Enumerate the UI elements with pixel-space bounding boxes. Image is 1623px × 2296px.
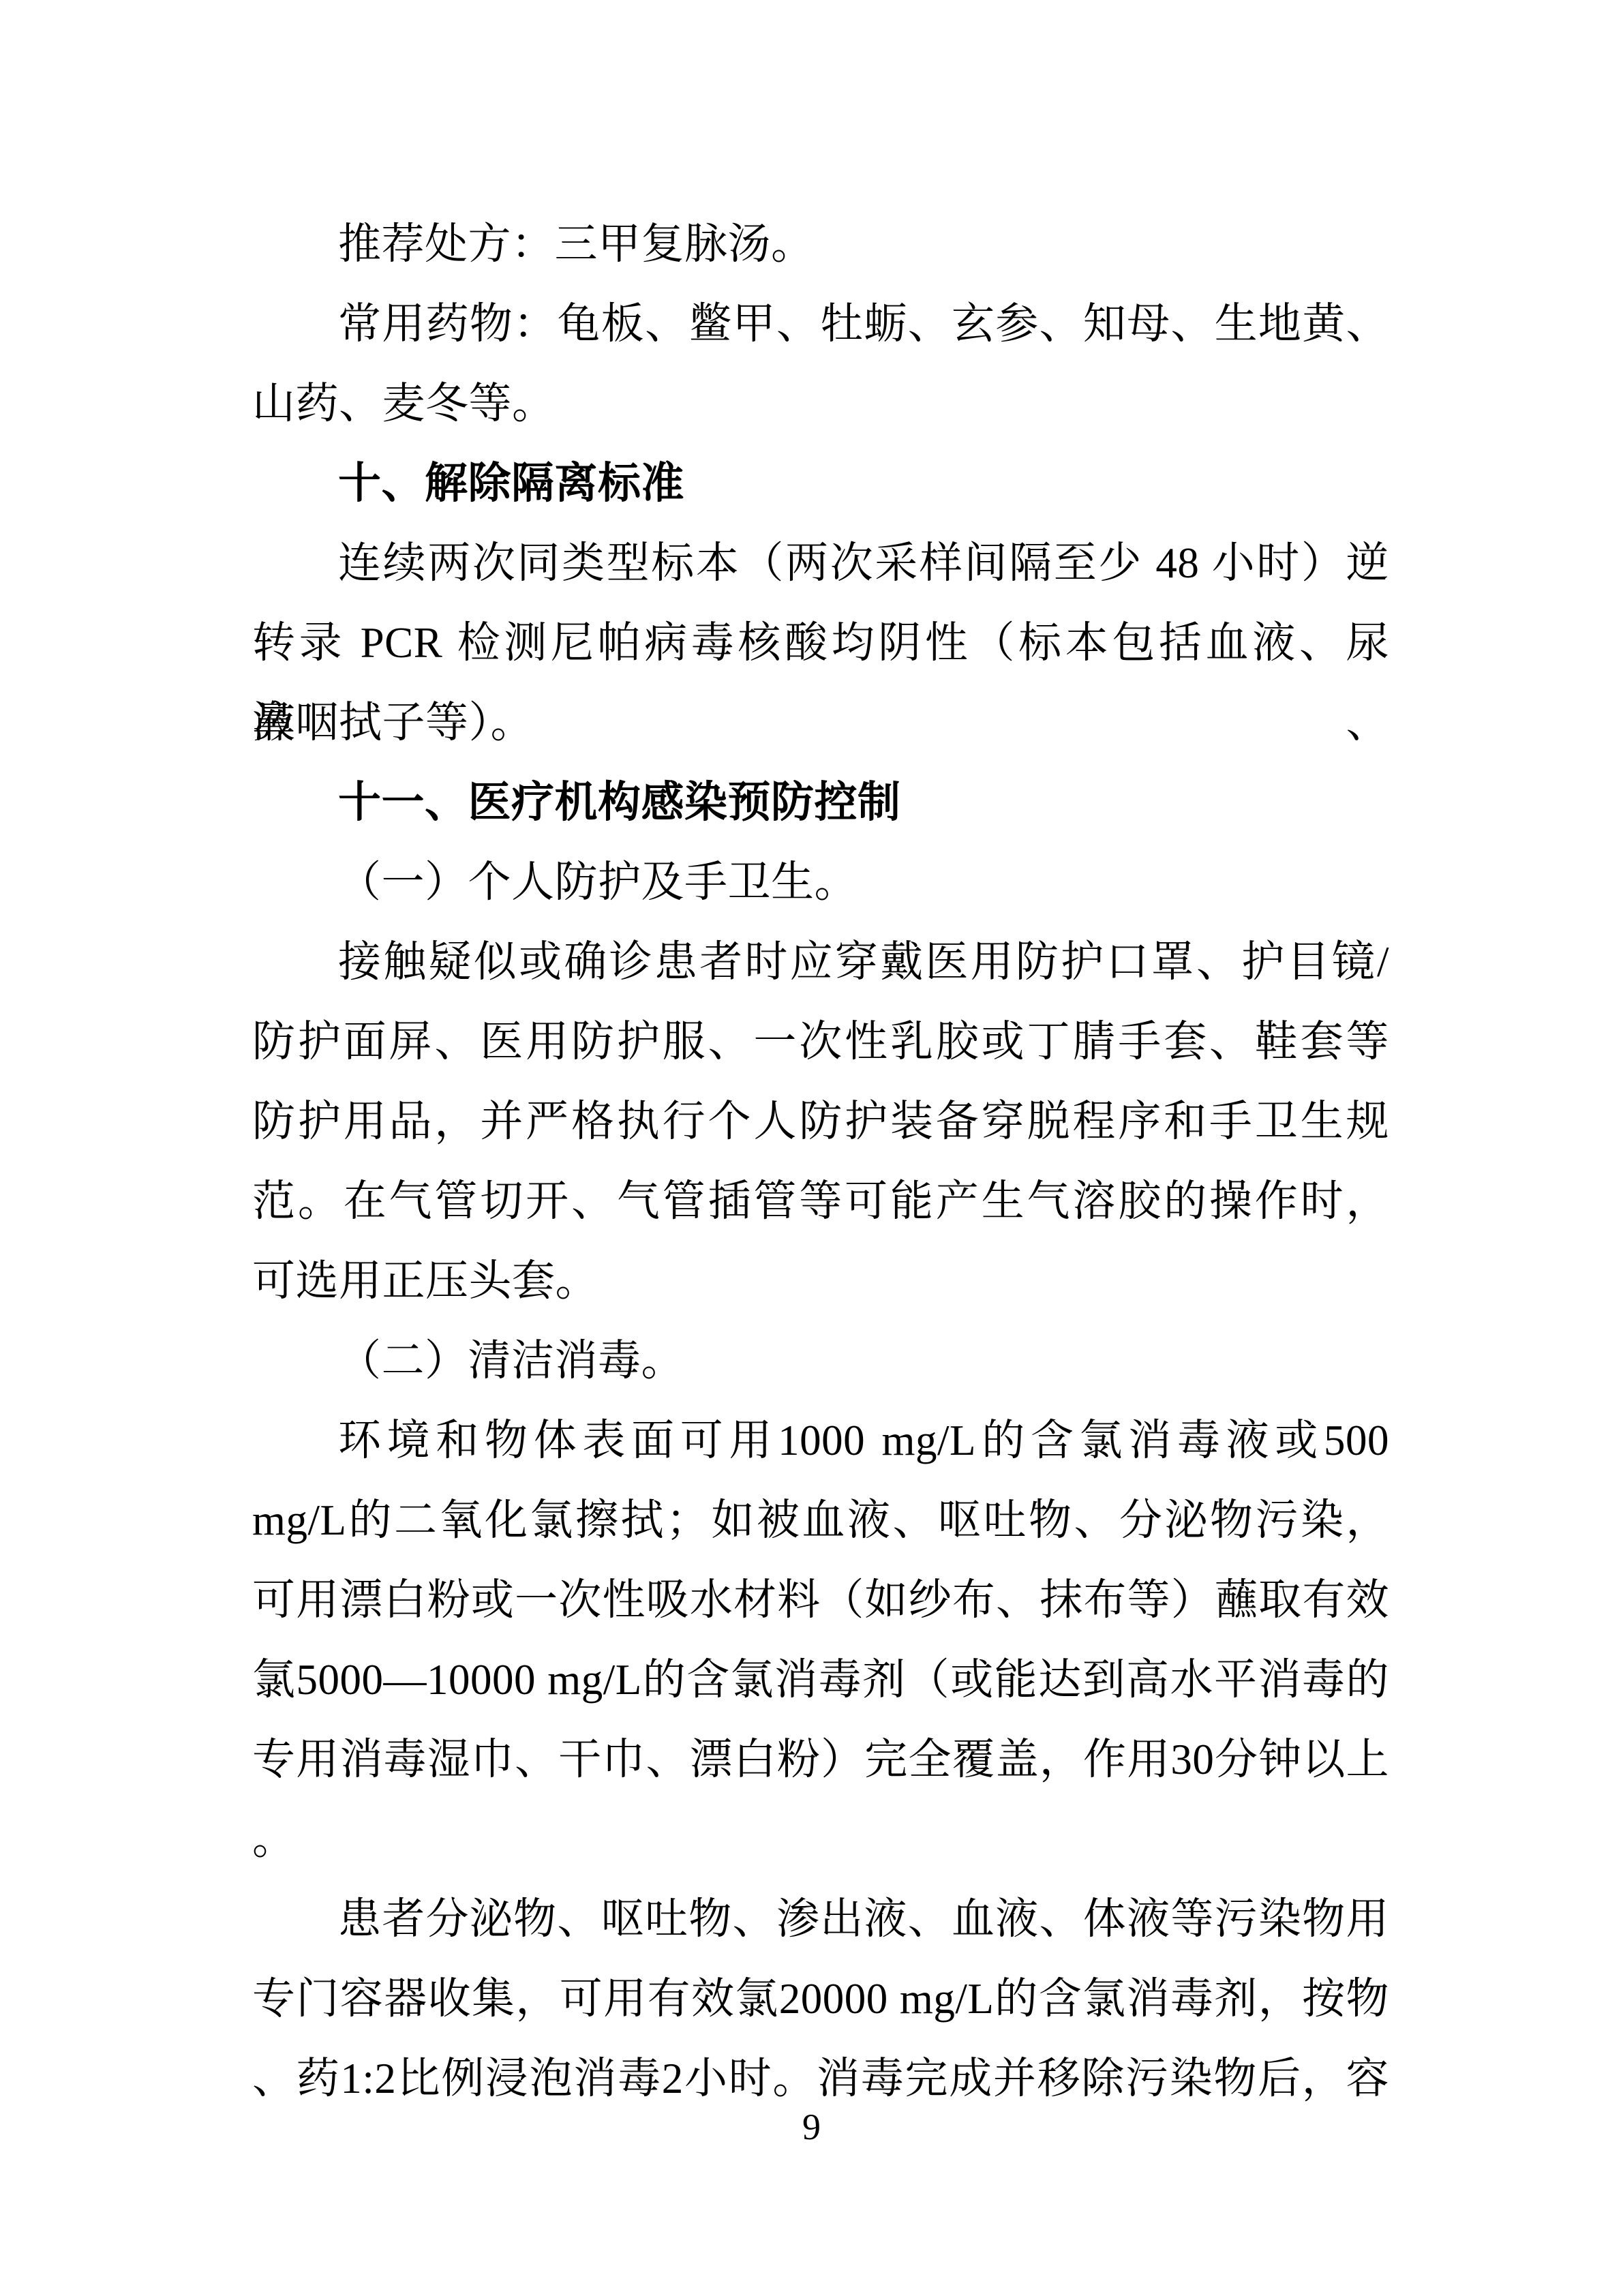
paragraph-line: 接触疑似或确诊患者时应穿戴医用防护口罩、护目镜/ (252, 922, 1389, 1002)
document-body: 推荐处方：三甲复脉汤。 常用药物：龟板、鳖甲、牡蛎、玄参、知母、生地黄、 山药、… (252, 205, 1389, 2119)
subsection-heading-2: （二）清洁消毒。 (252, 1321, 1389, 1401)
paragraph-line: 常用药物：龟板、鳖甲、牡蛎、玄参、知母、生地黄、 (252, 284, 1389, 364)
paragraph-line: 。 (252, 1800, 1389, 1879)
paragraph-line: 环境和物体表面可用1000 mg/L的含氯消毒液或500 (252, 1401, 1389, 1481)
paragraph-line: 专用消毒湿巾、干巾、漂白粉）完全覆盖，作用30分钟以上 (252, 1720, 1389, 1800)
document-page: 推荐处方：三甲复脉汤。 常用药物：龟板、鳖甲、牡蛎、玄参、知母、生地黄、 山药、… (0, 0, 1623, 2296)
paragraph-line: 推荐处方：三甲复脉汤。 (252, 205, 1389, 284)
paragraph-line: 防护面屏、医用防护服、一次性乳胶或丁腈手套、鞋套等 (252, 1002, 1389, 1082)
paragraph-line: 范。在气管切开、气管插管等可能产生气溶胶的操作时， (252, 1162, 1389, 1241)
paragraph-line: 转录 PCR 检测尼帕病毒核酸均阴性（标本包括血液、尿液、 (252, 603, 1389, 683)
subsection-heading-1: （一）个人防护及手卫生。 (252, 843, 1389, 922)
paragraph-line: 患者分泌物、呕吐物、渗出液、血液、体液等污染物用 (252, 1879, 1389, 1959)
section-heading-10: 十、解除隔离标准 (252, 444, 1389, 524)
paragraph-line: 山药、麦冬等。 (252, 364, 1389, 444)
paragraph-line: 防护用品，并严格执行个人防护装备穿脱程序和手卫生规 (252, 1082, 1389, 1162)
paragraph-line: 专门容器收集，可用有效氯20000 mg/L的含氯消毒剂，按物 (252, 1959, 1389, 2039)
paragraph-line: 可用漂白粉或一次性吸水材料（如纱布、抹布等）蘸取有效 (252, 1560, 1389, 1640)
paragraph-line: 连续两次同类型标本（两次采样间隔至少 48 小时）逆 (252, 524, 1389, 603)
paragraph-line: mg/L的二氧化氯擦拭；如被血液、呕吐物、分泌物污染， (252, 1481, 1389, 1560)
paragraph-line: 氯5000—10000 mg/L的含氯消毒剂（或能达到高水平消毒的 (252, 1640, 1389, 1720)
paragraph-line: 可选用正压头套。 (252, 1241, 1389, 1321)
section-heading-11: 十一、医疗机构感染预防控制 (252, 763, 1389, 843)
page-number: 9 (0, 2100, 1623, 2154)
